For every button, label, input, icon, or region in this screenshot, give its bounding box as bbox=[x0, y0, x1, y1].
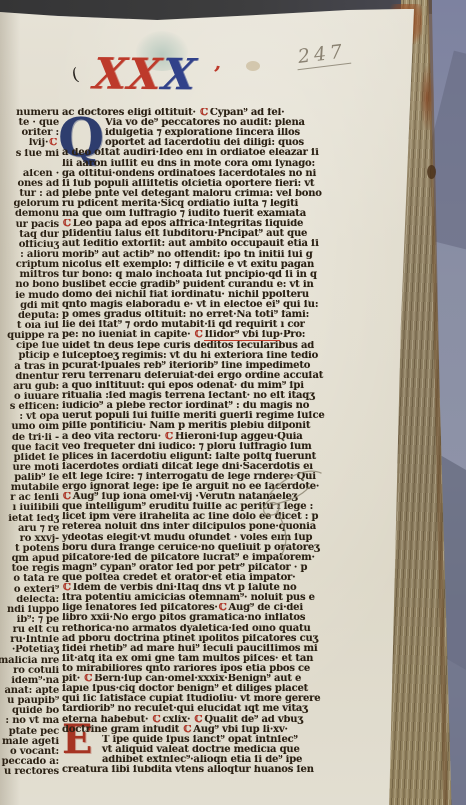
text-line: o tāta re bbox=[0, 574, 59, 584]
text-segment: ſapīe ſpūs·ciq̄ doctor benign⁹ et diligē… bbox=[62, 684, 308, 694]
text-line: lvij·ℂ bbox=[0, 138, 59, 148]
text-segment: no bono bbox=[15, 280, 59, 290]
text-segment: pe: nō iueniat̄ in capite· bbox=[62, 330, 194, 340]
rubricated-heading: Cypan⁹ ad fel̄· bbox=[210, 108, 284, 118]
text-segment: : vt opa bbox=[19, 412, 59, 422]
text-line: rū eſt cū bbox=[0, 625, 59, 635]
chapter-numeral: ( XXX ʼ bbox=[72, 55, 219, 95]
text-segment: a deo oſtat audiri·Ideo enī in ordiatōe … bbox=[62, 148, 319, 158]
text-line: qui ſic ſatisfacē cupiat ſtudioſiu· vt m… bbox=[62, 694, 372, 704]
text-line: ūmo oīm bbox=[0, 422, 59, 432]
text-segment: lvij· bbox=[29, 138, 49, 148]
text-line: libro xxii·Nō ergo pitos grāmatica·nō in… bbox=[62, 613, 372, 623]
text-line: Via vo de⁹ peccatores nō audit: plena bbox=[62, 118, 372, 128]
text-line: te · que bbox=[0, 118, 59, 128]
text-line: ſapīe ſpūs·ciq̄ doctor benign⁹ et diligē… bbox=[62, 684, 372, 694]
text-line: r ac ſenſi bbox=[0, 493, 59, 503]
text-line: gdi mit bbox=[0, 301, 59, 311]
text-line: pſidet ſe bbox=[0, 453, 59, 463]
text-line: lii aaron iuſſit eū dn̄s in mōte corā om… bbox=[62, 159, 372, 169]
numeral-letters: XXX bbox=[87, 55, 201, 96]
text-segment: o iuuare bbox=[14, 392, 59, 402]
text-segment: fidei rhetib⁹ ad mare hui⁹ ſeculi pauciſ… bbox=[62, 644, 318, 654]
text-line: ie mūdo bbox=[0, 291, 59, 301]
text-segment: ū paupib⁹ bbox=[7, 696, 59, 706]
pencil-doodle bbox=[253, 457, 339, 561]
numeral-right-mark: ʼ bbox=[210, 62, 221, 89]
text-segment: ·Potētiaʒ bbox=[12, 645, 59, 655]
rubric-mark: ℂ bbox=[62, 219, 73, 229]
text-line: s efficēn: bbox=[0, 402, 59, 412]
text-segment: a deo vita rectorū· bbox=[62, 432, 164, 442]
text-segment: quē poſtea credēt et orator·et etiā impa… bbox=[62, 573, 295, 583]
text-segment: gdi mit bbox=[20, 301, 59, 311]
text-segment: doctrine gram̄ infūdit bbox=[62, 725, 183, 735]
text-line: eternā habebūt· ℂcxlix· ℂQualit̄ de⁹ ad … bbox=[62, 715, 372, 725]
left-text-column: numerūte · queoriter :lvij·ℂs ſue miaſce… bbox=[0, 108, 59, 777]
text-segment: o tāta re bbox=[13, 574, 59, 584]
text-line: pcurāt·ſp̄uales reb⁹ iteriorib⁹ ſine imp… bbox=[62, 361, 372, 371]
text-segment: ib⁹: ⁊ pe bbox=[17, 615, 59, 625]
text-segment: mutabile bbox=[11, 483, 59, 493]
fore-edge-stain bbox=[427, 165, 436, 179]
text-line: uerūt populi ſui fuiſſe meriti guerſi re… bbox=[62, 411, 372, 421]
text-line: piſſe pontificiū· Nam p meritis plebiū d… bbox=[62, 421, 372, 431]
text-segment: ietat̄ ſedʒ bbox=[8, 514, 59, 524]
text-segment: rū eſt cū bbox=[13, 625, 59, 635]
rubricated-heading: Aug⁹ de ci·dei bbox=[228, 603, 302, 613]
text-line: tardiorib⁹ nō recuſet·qui elucidāt īq̄t … bbox=[62, 704, 372, 714]
text-segment: ure moti bbox=[13, 463, 59, 473]
text-line: que facit bbox=[0, 443, 59, 453]
text-segment: ro xxvj- bbox=[20, 534, 59, 544]
text-line: ptatē pec bbox=[0, 727, 59, 737]
text-segment: r ac ſenſi bbox=[10, 493, 59, 503]
text-line: creatura ſibi ſubdita vtens alloq̄tur hū… bbox=[62, 765, 372, 775]
text-segment: : aliorū bbox=[20, 250, 59, 260]
rubricated-heading: Iſidor⁹ vbi ſup̄ bbox=[204, 330, 279, 340]
text-segment: eternā habebūt· bbox=[62, 715, 152, 725]
text-segment: plebe pn̄te vel detegant malorū crimīa: … bbox=[62, 189, 322, 199]
text-segment: demonū bbox=[15, 209, 59, 219]
text-segment: uidet tn̄ deus ſepe curis deditos ſecula… bbox=[62, 341, 314, 351]
text-line: ritualia :ſed magis terrena ſectant̄· nō… bbox=[62, 391, 372, 401]
text-segment: ſit·atq̄ ita ex om̄i gn̄e tam multos piſ… bbox=[62, 654, 313, 664]
text-line: doctrine gram̄ infūdit ℂAug⁹ vbi ſup̄ li… bbox=[62, 725, 372, 735]
text-segment: ie mūdo bbox=[15, 291, 59, 301]
text-segment: ·Quia bbox=[274, 432, 303, 442]
text-segment: idulgētia ⁊ exploratione ſincera illos bbox=[105, 128, 300, 138]
text-line: arū ⁊ re bbox=[0, 524, 59, 534]
text-line: o vocant̄: bbox=[0, 747, 59, 757]
photo-frame: 247 ( XXX ʼ Q E numerūte · queoriter :lv… bbox=[0, 0, 466, 805]
text-line: oportet ad ſacerdotiū dei diligi: quos bbox=[62, 138, 372, 148]
text-line: a quo inſtituūt̄: qui epos odenāt· dū mi… bbox=[62, 381, 372, 391]
text-segment: nicōſus eſt exemplo: ⁊ difficile ē vt ex… bbox=[62, 260, 314, 270]
text-line: o exteri⁹ bbox=[0, 585, 59, 595]
text-line: adhibet̄ extn̄ſec⁹·alioq̄n etiā ſi de⁹ i… bbox=[62, 755, 372, 765]
text-segment: quippe ra bbox=[7, 331, 59, 341]
rubricated-heading: Aug⁹ ſup ionā omel̄·vij bbox=[73, 492, 192, 502]
text-line: ad pborū doctrinā ptinet īpolitos piſcat… bbox=[62, 634, 372, 644]
text-line: oriter : bbox=[0, 128, 59, 138]
text-line: lie dei ſtat⁹ ⁊ ordo mutabit̄·ſi qd requ… bbox=[62, 320, 372, 330]
text-line: arū gub: bbox=[0, 382, 59, 392]
text-segment: pſidet ſe bbox=[14, 453, 59, 463]
text-line: ndi ſuppo bbox=[0, 605, 59, 615]
text-segment: aſcen · bbox=[23, 169, 59, 179]
rubric-mark: ℂ bbox=[194, 330, 205, 340]
text-line: pſidentiū ſalus eſt ſubditorū·Pncipat⁹ a… bbox=[62, 229, 372, 239]
text-line: : vt opa bbox=[0, 412, 59, 422]
text-segment: p om̄es gradus oſtituit: nō erret·Nā tot… bbox=[62, 310, 309, 320]
main-text-column: ac doctores eligi oſtituit· ℂCypan⁹ ad f… bbox=[62, 108, 372, 775]
text-line: vēo frequēter dn̄i iudicō: ⁊ plorū ſuffr… bbox=[62, 442, 372, 452]
text-line: ſi ſub populi aſſiſtētis oſciētia oporte… bbox=[62, 179, 372, 189]
rubricated-heading: Bern·ſup can·omel̄·xxxix bbox=[94, 674, 224, 684]
text-segment: piſſe pontificiū· Nam p meritis plebiū d… bbox=[62, 421, 310, 431]
text-segment: magn⁹ cypan⁹ orator ſed por petr⁹ piſcat… bbox=[62, 563, 307, 573]
text-line: mutabile bbox=[0, 483, 59, 493]
text-line: malicia nr̄e bbox=[0, 656, 59, 666]
text-line: rerū terrenarū deſeruiāt·dei ergo ordinē… bbox=[62, 371, 372, 381]
text-line: quippe ra bbox=[0, 331, 59, 341]
text-line: numerū bbox=[0, 108, 59, 118]
text-line: male agēti bbox=[0, 737, 59, 747]
text-line: u rectores bbox=[0, 767, 59, 777]
text-segment: t potens bbox=[15, 544, 59, 554]
text-segment: numerū bbox=[16, 108, 59, 118]
text-line: ānat̄: apte bbox=[0, 686, 59, 696]
text-line: aut ſeditio extorſit: aut ambitō occupau… bbox=[62, 239, 372, 249]
text-line: ſit·atq̄ ita ex om̄i gn̄e tam multos piſ… bbox=[62, 654, 372, 664]
text-segment: Qualit̄ de⁹ ad vbuʒ bbox=[204, 715, 302, 725]
text-line: deputa: bbox=[0, 311, 59, 321]
text-segment: s ſue mi bbox=[16, 149, 59, 159]
rubric-mark: ℂ bbox=[83, 674, 94, 684]
text-line: plebe pn̄te vel detegant malorū crimīa: … bbox=[62, 189, 372, 199]
text-segment: ad pborū doctrinā ptinet īpolitos piſcat… bbox=[62, 634, 318, 644]
text-segment: aut ſeditio extorſit: aut ambitō occupau… bbox=[62, 239, 319, 249]
text-segment: cipē ſue bbox=[16, 341, 59, 351]
text-segment: ga oſtitui·on̄dens ordinatōes ſacerdotal… bbox=[62, 169, 316, 179]
text-segment: s efficēn: bbox=[10, 402, 59, 412]
rubricated-heading: Aug⁹ vbi ſup̄ li·xv· bbox=[193, 725, 288, 735]
text-segment: t oīa iuſ bbox=[17, 321, 59, 331]
text-line: pit· ℂBern·ſup can·omel̄·xxxix·Benign⁹ a… bbox=[62, 674, 372, 684]
text-segment: te · que bbox=[19, 118, 59, 128]
text-line: ℂIdem de verbis dn̄i·Itaq̄ dn̄s vt p ſal… bbox=[62, 583, 372, 593]
text-segment: criptum bbox=[16, 260, 59, 270]
text-segment: vēo frequēter dn̄i iudicō: ⁊ plorū ſuffr… bbox=[62, 442, 312, 452]
rubric-mark: ℂ bbox=[194, 715, 205, 725]
rubric-mark: ℂ bbox=[183, 725, 194, 735]
text-segment: ac doctores eligi oſtituit· bbox=[62, 108, 199, 118]
text-line: pticip ē bbox=[0, 351, 59, 361]
text-line: rethorica·nō armatos dyaletica·ſed oīno … bbox=[62, 624, 372, 634]
text-line: tur : ad bbox=[0, 189, 59, 199]
rubricated-heading: Idem de verbis dn̄i bbox=[73, 583, 174, 593]
text-line: vt aliquid valeat doctrīe medicīa que bbox=[62, 745, 372, 755]
text-segment: rerū terrenarū deſeruiāt·dei ergo ordinē… bbox=[62, 371, 323, 381]
text-segment: creatura ſibi ſubdita vtens alloq̄tur hū… bbox=[62, 765, 314, 775]
text-segment: domo dei nichil fiat iordinatū· nichil p… bbox=[62, 290, 309, 300]
text-line: idem⁹·nā bbox=[0, 676, 59, 686]
text-line: nicōſus eſt exemplo: ⁊ difficile ē vt ex… bbox=[62, 260, 372, 270]
text-segment: deputa: bbox=[18, 311, 59, 321]
text-line: a deo vita rectorū· ℂHieroni·ſup aggeū·Q… bbox=[62, 432, 372, 442]
text-line: ī iuiſibili bbox=[0, 503, 59, 513]
text-segment: dn̄entur bbox=[15, 372, 59, 382]
text-segment: ptatē pec bbox=[9, 727, 59, 737]
text-segment: lie dei ſtat⁹ ⁊ ordo mutabit̄·ſi qd requ… bbox=[62, 320, 305, 330]
text-line: morib⁹ aut actib⁹ nō offendit: ipo tn̄ i… bbox=[62, 250, 372, 260]
text-line: tōe regis bbox=[0, 564, 59, 574]
text-segment: taq̄ dur bbox=[19, 230, 59, 240]
text-segment: to mirabiliores q̄nto rariores ipos etiā… bbox=[62, 664, 310, 674]
text-segment: que facit bbox=[11, 443, 59, 453]
text-line: ſtra potentiū amicicias otemnam⁹· noluit… bbox=[62, 593, 372, 603]
text-segment: buslibet eccie gradib⁹ puident curandū ē… bbox=[62, 280, 314, 290]
text-line: palib⁹ ſe bbox=[0, 473, 59, 483]
text-line: magn⁹ cypan⁹ orator ſed por petr⁹ piſcat… bbox=[62, 563, 372, 573]
text-line: taq̄ dur bbox=[0, 230, 59, 240]
text-line: a deo oſtat audiri·Ideo enī in ordiatōe … bbox=[62, 148, 372, 158]
text-segment: ·Integritas ſiquidē bbox=[205, 219, 303, 229]
rubricated-heading: Leo papa ad epos affrica bbox=[73, 219, 205, 229]
text-line: ā tras in bbox=[0, 362, 59, 372]
text-line: : nō vt ma bbox=[0, 716, 59, 726]
text-segment: ſtra potentiū amicicias otemnam⁹· noluit… bbox=[62, 593, 315, 603]
text-line: peccādo a: bbox=[0, 757, 59, 767]
text-line: ℂLeo papa ad epos affrica·Integritas ſiq… bbox=[62, 219, 372, 229]
text-segment: peccādo a: bbox=[2, 757, 59, 767]
text-segment: ſuſceptōeʒ regimis: vt dū hi exteriora ſ… bbox=[62, 351, 318, 361]
text-line: cipē ſue bbox=[0, 341, 59, 351]
text-line: t oīa iuſ bbox=[0, 321, 59, 331]
rubric-mark: ℂ bbox=[62, 492, 73, 502]
text-line: buslibet eccie gradib⁹ puident curandū ē… bbox=[62, 280, 372, 290]
text-line: fidei rhetib⁹ ad mare hui⁹ ſeculi pauciſ… bbox=[62, 644, 372, 654]
text-segment: ſi ſub populi aſſiſtētis oſciētia oporte… bbox=[62, 179, 314, 189]
text-segment: o vocant̄: bbox=[10, 747, 59, 757]
text-line: tur bono: q̄ malo inchoata ſūt pncipio·q… bbox=[62, 270, 372, 280]
text-line: miſtros bbox=[0, 270, 59, 280]
text-line: ·Potētiaʒ bbox=[0, 645, 59, 655]
text-line: ma que oīm ſuffragio ⁊ iuditō fuerit exa… bbox=[62, 209, 372, 219]
text-segment: u rectores bbox=[4, 767, 59, 777]
text-line: uidet tn̄ deus ſepe curis deditos ſecula… bbox=[62, 341, 372, 351]
numeral-left-mark: ( bbox=[70, 65, 81, 86]
text-segment: ā tras in bbox=[14, 362, 59, 372]
text-line: officiuʒ bbox=[0, 240, 59, 250]
text-line: no bono bbox=[0, 280, 59, 290]
text-segment: de tri·li - bbox=[12, 433, 59, 443]
text-line: ū paupib⁹ bbox=[0, 696, 59, 706]
text-segment: vt aliquid valeat doctrīe medicīa que bbox=[102, 745, 300, 755]
text-segment: ·Itaq̄ dn̄s vt p ſalute no bbox=[174, 583, 297, 593]
text-segment: arū ⁊ re bbox=[18, 524, 59, 534]
text-line: gelorum bbox=[0, 199, 59, 209]
text-segment: q̄nto magis elaborādū ē· vt in electōe e… bbox=[62, 300, 318, 310]
text-segment: ritualia :ſed magis terrena ſectant̄· nō… bbox=[62, 391, 315, 401]
text-segment: ones ad bbox=[18, 179, 60, 189]
text-line: t potens bbox=[0, 544, 59, 554]
rubric-mark: ℂ bbox=[62, 583, 73, 593]
book-page: 247 ( XXX ʼ Q E numerūte · queoriter :lv… bbox=[0, 9, 414, 805]
text-line: : aliorū bbox=[0, 250, 59, 260]
text-line: quidē bo bbox=[0, 706, 59, 716]
text-segment: ur pacis bbox=[16, 220, 59, 230]
text-segment: adhibet̄ extn̄ſec⁹·alioq̄n etiā ſi de⁹ i… bbox=[102, 755, 302, 765]
folio-number: 247 bbox=[295, 40, 352, 70]
text-segment: gelorum bbox=[13, 199, 59, 209]
text-line: de tri·li - bbox=[0, 433, 59, 443]
text-segment: q̄m apud bbox=[12, 554, 59, 564]
text-segment: officiuʒ bbox=[19, 240, 59, 250]
rubricated-heading: Hieroni·ſup aggeū bbox=[175, 432, 274, 442]
text-line: ga oſtitui·on̄dens ordinatōes ſacerdotal… bbox=[62, 169, 372, 179]
text-line bbox=[0, 159, 59, 169]
text-segment: uerūt populi ſui fuiſſe meriti guerſi re… bbox=[62, 411, 325, 421]
foxing-spot bbox=[246, 61, 260, 71]
text-line: q̄m apud bbox=[0, 554, 59, 564]
text-segment: miſtros bbox=[20, 270, 59, 280]
text-line: domo dei nichil fiat iordinatū· nichil p… bbox=[62, 290, 372, 300]
text-segment: cxlix· bbox=[162, 715, 193, 725]
text-line: rū·Intn̄ſe bbox=[0, 635, 59, 645]
text-segment: iudiciō⁹ a plebe rector iordinat̄⁹ : dū … bbox=[62, 401, 309, 411]
text-line: o iuuare bbox=[0, 392, 59, 402]
text-segment: morib⁹ aut actib⁹ nō offendit: ipo tn̄ i… bbox=[62, 250, 313, 260]
text-line: ac doctores eligi oſtituit· ℂCypan⁹ ad f… bbox=[62, 108, 372, 118]
text-segment: oportet ad ſacerdotiū dei diligi: quos bbox=[105, 138, 304, 148]
text-segment: pticip ē bbox=[18, 351, 59, 361]
text-segment: tardiorib⁹ nō recuſet·qui elucidāt īq̄t … bbox=[62, 704, 308, 714]
text-line: ro xxvj- bbox=[0, 534, 59, 544]
rubric-mark: ℂ bbox=[152, 715, 163, 725]
text-line: q̄nto magis elaborādū ē· vt in electōe e… bbox=[62, 300, 372, 310]
text-line: idulgētia ⁊ exploratione ſincera illos bbox=[62, 128, 372, 138]
text-line: quē poſtea credēt et orator·et etiā impa… bbox=[62, 573, 372, 583]
text-segment: quidē bo bbox=[12, 706, 59, 716]
text-segment: T ipe quidē ſpūs ſanct⁹ opat̄ intn̄ſec⁹ bbox=[102, 735, 298, 745]
text-segment: rethorica·nō armatos dyaletica·ſed oīno … bbox=[62, 624, 311, 634]
text-segment: male agēti bbox=[2, 737, 59, 747]
text-line: ib⁹: ⁊ pe bbox=[0, 615, 59, 625]
text-segment: oriter : bbox=[21, 128, 59, 138]
text-segment: rū pdicent merita·Sicq̄ ordiatio iuſta ⁊… bbox=[62, 199, 298, 209]
rubric-mark: ℂ bbox=[199, 108, 210, 118]
rubric-mark: ℂ bbox=[48, 138, 59, 148]
text-line: pe: nō iueniat̄ in capite· ℂIſidor⁹ vbi … bbox=[62, 330, 372, 340]
text-segment: Via vo de⁹ peccatores nō audit: plena bbox=[105, 118, 305, 128]
text-line: ones ad bbox=[0, 179, 59, 189]
text-line: T ipe quidē ſpūs ſanct⁹ opat̄ intn̄ſec⁹ bbox=[62, 735, 372, 745]
text-segment: pcurāt·ſp̄uales reb⁹ iteriorib⁹ ſine imp… bbox=[62, 361, 310, 371]
text-line: p om̄es gradus oſtituit: nō erret·Nā tot… bbox=[62, 310, 372, 320]
text-line: ſuſceptōeʒ regimis: vt dū hi exteriora ſ… bbox=[62, 351, 372, 361]
text-line: criptum bbox=[0, 260, 59, 270]
text-segment: ānat̄: apte bbox=[5, 686, 59, 696]
text-line: rū pdicent merita·Sicq̄ ordiatio iuſta ⁊… bbox=[62, 199, 372, 209]
text-segment: : nō vt ma bbox=[5, 716, 59, 726]
text-segment: tōe regis bbox=[12, 564, 59, 574]
text-segment: libro xxii·Nō ergo pitos grāmatica·nō in… bbox=[62, 613, 305, 623]
text-segment: lii aaron iuſſit eū dn̄s in mōte corā om… bbox=[62, 159, 315, 169]
text-line: to mirabiliores q̄nto rariores ipos etiā… bbox=[62, 664, 372, 674]
text-segment: palib⁹ ſe bbox=[14, 473, 59, 483]
text-line: s ſue mi bbox=[0, 149, 59, 159]
rubric-mark: ℂ bbox=[218, 603, 229, 613]
text-segment: ro cōtuli bbox=[13, 666, 59, 676]
text-segment: delecta: bbox=[16, 595, 59, 605]
text-segment: ndi ſuppo bbox=[7, 605, 59, 615]
text-line: dn̄entur bbox=[0, 372, 59, 382]
text-segment: pſidentiū ſalus eſt ſubditorū·Pncipat⁹ a… bbox=[62, 229, 307, 239]
text-segment: ma que oīm ſuffragio ⁊ iuditō fuerit exa… bbox=[62, 209, 306, 219]
text-line: ligē ſenatores ſed piſcatores·ℂAug⁹ de c… bbox=[62, 603, 372, 613]
text-line: ure moti bbox=[0, 463, 59, 473]
text-segment: rū·Intn̄ſe bbox=[10, 635, 59, 645]
text-line: ro cōtuli bbox=[0, 666, 59, 676]
text-segment: idem⁹·nā bbox=[11, 676, 59, 686]
text-segment: a quo inſtituūt̄: qui epos odenāt· dū mi… bbox=[62, 381, 304, 391]
background-shadow bbox=[448, 610, 466, 805]
text-segment: ī iuiſibili bbox=[13, 503, 59, 513]
text-segment: o exteri⁹ bbox=[14, 585, 59, 595]
text-segment: ·Benign⁹ aūt ē bbox=[224, 674, 301, 684]
text-segment: tur : ad bbox=[19, 189, 59, 199]
text-segment: ligē ſenatores ſed piſcatores· bbox=[62, 603, 218, 613]
text-segment: pit· bbox=[62, 674, 83, 684]
rubric-mark: ℂ bbox=[164, 432, 175, 442]
text-segment: qui ſic ſatisfacē cupiat ſtudioſiu· vt m… bbox=[62, 694, 320, 704]
fore-edge-stain bbox=[420, 66, 434, 130]
text-segment: tur bono: q̄ malo inchoata ſūt pncipio·q… bbox=[62, 270, 317, 280]
text-segment: arū gub: bbox=[13, 382, 59, 392]
text-line: iudiciō⁹ a plebe rector iordinat̄⁹ : dū … bbox=[62, 401, 372, 411]
text-segment: ūmo oīm bbox=[11, 422, 59, 432]
text-line: demonū bbox=[0, 209, 59, 219]
text-segment: malicia nr̄e bbox=[0, 656, 59, 666]
text-line: ietat̄ ſedʒ bbox=[0, 514, 59, 524]
text-line: ur pacis bbox=[0, 220, 59, 230]
text-line: delecta: bbox=[0, 595, 59, 605]
text-segment: ·Pro: bbox=[280, 330, 306, 340]
text-line: aſcen · bbox=[0, 169, 59, 179]
